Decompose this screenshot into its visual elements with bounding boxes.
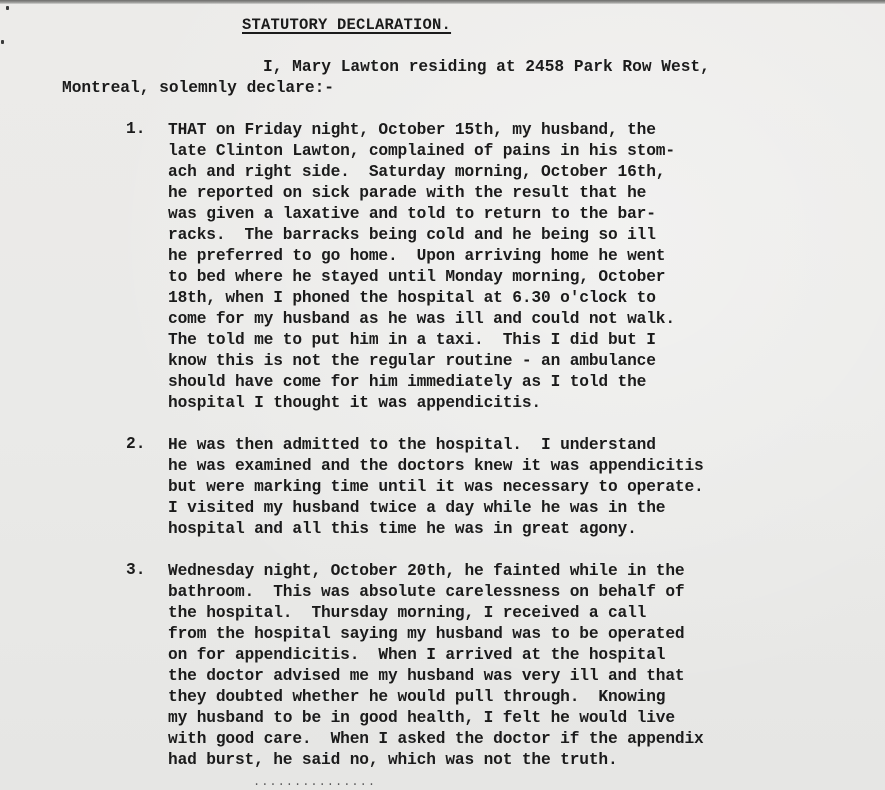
paragraph-number: 3. — [126, 561, 145, 579]
text-line: had burst, he said no, which was not the… — [168, 750, 704, 771]
intro-line-2: Montreal, solemnly declare:- — [62, 79, 334, 97]
paragraph-number: 2. — [126, 435, 145, 453]
text-line: racks. The barracks being cold and he be… — [168, 225, 675, 246]
paragraph-body: He was then admitted to the hospital. I … — [168, 435, 704, 540]
text-line: from the hospital saying my husband was … — [168, 624, 704, 645]
scan-top-edge — [0, 0, 885, 4]
text-line: come for my husband as he was ill and co… — [168, 309, 675, 330]
text-line: was given a laxative and told to return … — [168, 204, 675, 225]
intro-line-1: I, Mary Lawton residing at 2458 Park Row… — [263, 58, 710, 76]
text-line: He was then admitted to the hospital. I … — [168, 435, 704, 456]
text-line: he preferred to go home. Upon arriving h… — [168, 246, 675, 267]
text-line: he was examined and the doctors knew it … — [168, 456, 704, 477]
text-line: my husband to be in good health, I felt … — [168, 708, 704, 729]
text-line: THAT on Friday night, October 15th, my h… — [168, 120, 675, 141]
text-line: he reported on sick parade with the resu… — [168, 183, 675, 204]
text-line: The told me to put him in a taxi. This I… — [168, 330, 675, 351]
scanned-page: STATUTORY DECLARATION. I, Mary Lawton re… — [0, 0, 885, 790]
text-line: I visited my husband twice a day while h… — [168, 498, 704, 519]
text-line: with good care. When I asked the doctor … — [168, 729, 704, 750]
text-line: late Clinton Lawton, complained of pains… — [168, 141, 675, 162]
margin-mark — [1, 40, 4, 44]
footer-dots: ............... — [253, 775, 376, 789]
margin-mark — [6, 6, 9, 10]
text-line: on for appendicitis. When I arrived at t… — [168, 645, 704, 666]
text-line: hospital and all this time he was in gre… — [168, 519, 704, 540]
text-line: bathroom. This was absolute carelessness… — [168, 582, 704, 603]
text-line: but were marking time until it was neces… — [168, 477, 704, 498]
text-line: know this is not the regular routine - a… — [168, 351, 675, 372]
text-line: hospital I thought it was appendicitis. — [168, 393, 675, 414]
text-line: the hospital. Thursday morning, I receiv… — [168, 603, 704, 624]
text-line: should have come for him immediately as … — [168, 372, 675, 393]
paragraph-number: 1. — [126, 120, 145, 138]
text-line: ach and right side. Saturday morning, Oc… — [168, 162, 675, 183]
text-line: to bed where he stayed until Monday morn… — [168, 267, 675, 288]
text-line: the doctor advised me my husband was ver… — [168, 666, 704, 687]
paragraph-body: THAT on Friday night, October 15th, my h… — [168, 120, 675, 414]
document-title: STATUTORY DECLARATION. — [242, 16, 451, 34]
text-line: 18th, when I phoned the hospital at 6.30… — [168, 288, 675, 309]
text-line: Wednesday night, October 20th, he fainte… — [168, 561, 704, 582]
paragraph-body: Wednesday night, October 20th, he fainte… — [168, 561, 704, 771]
text-line: they doubted whether he would pull throu… — [168, 687, 704, 708]
